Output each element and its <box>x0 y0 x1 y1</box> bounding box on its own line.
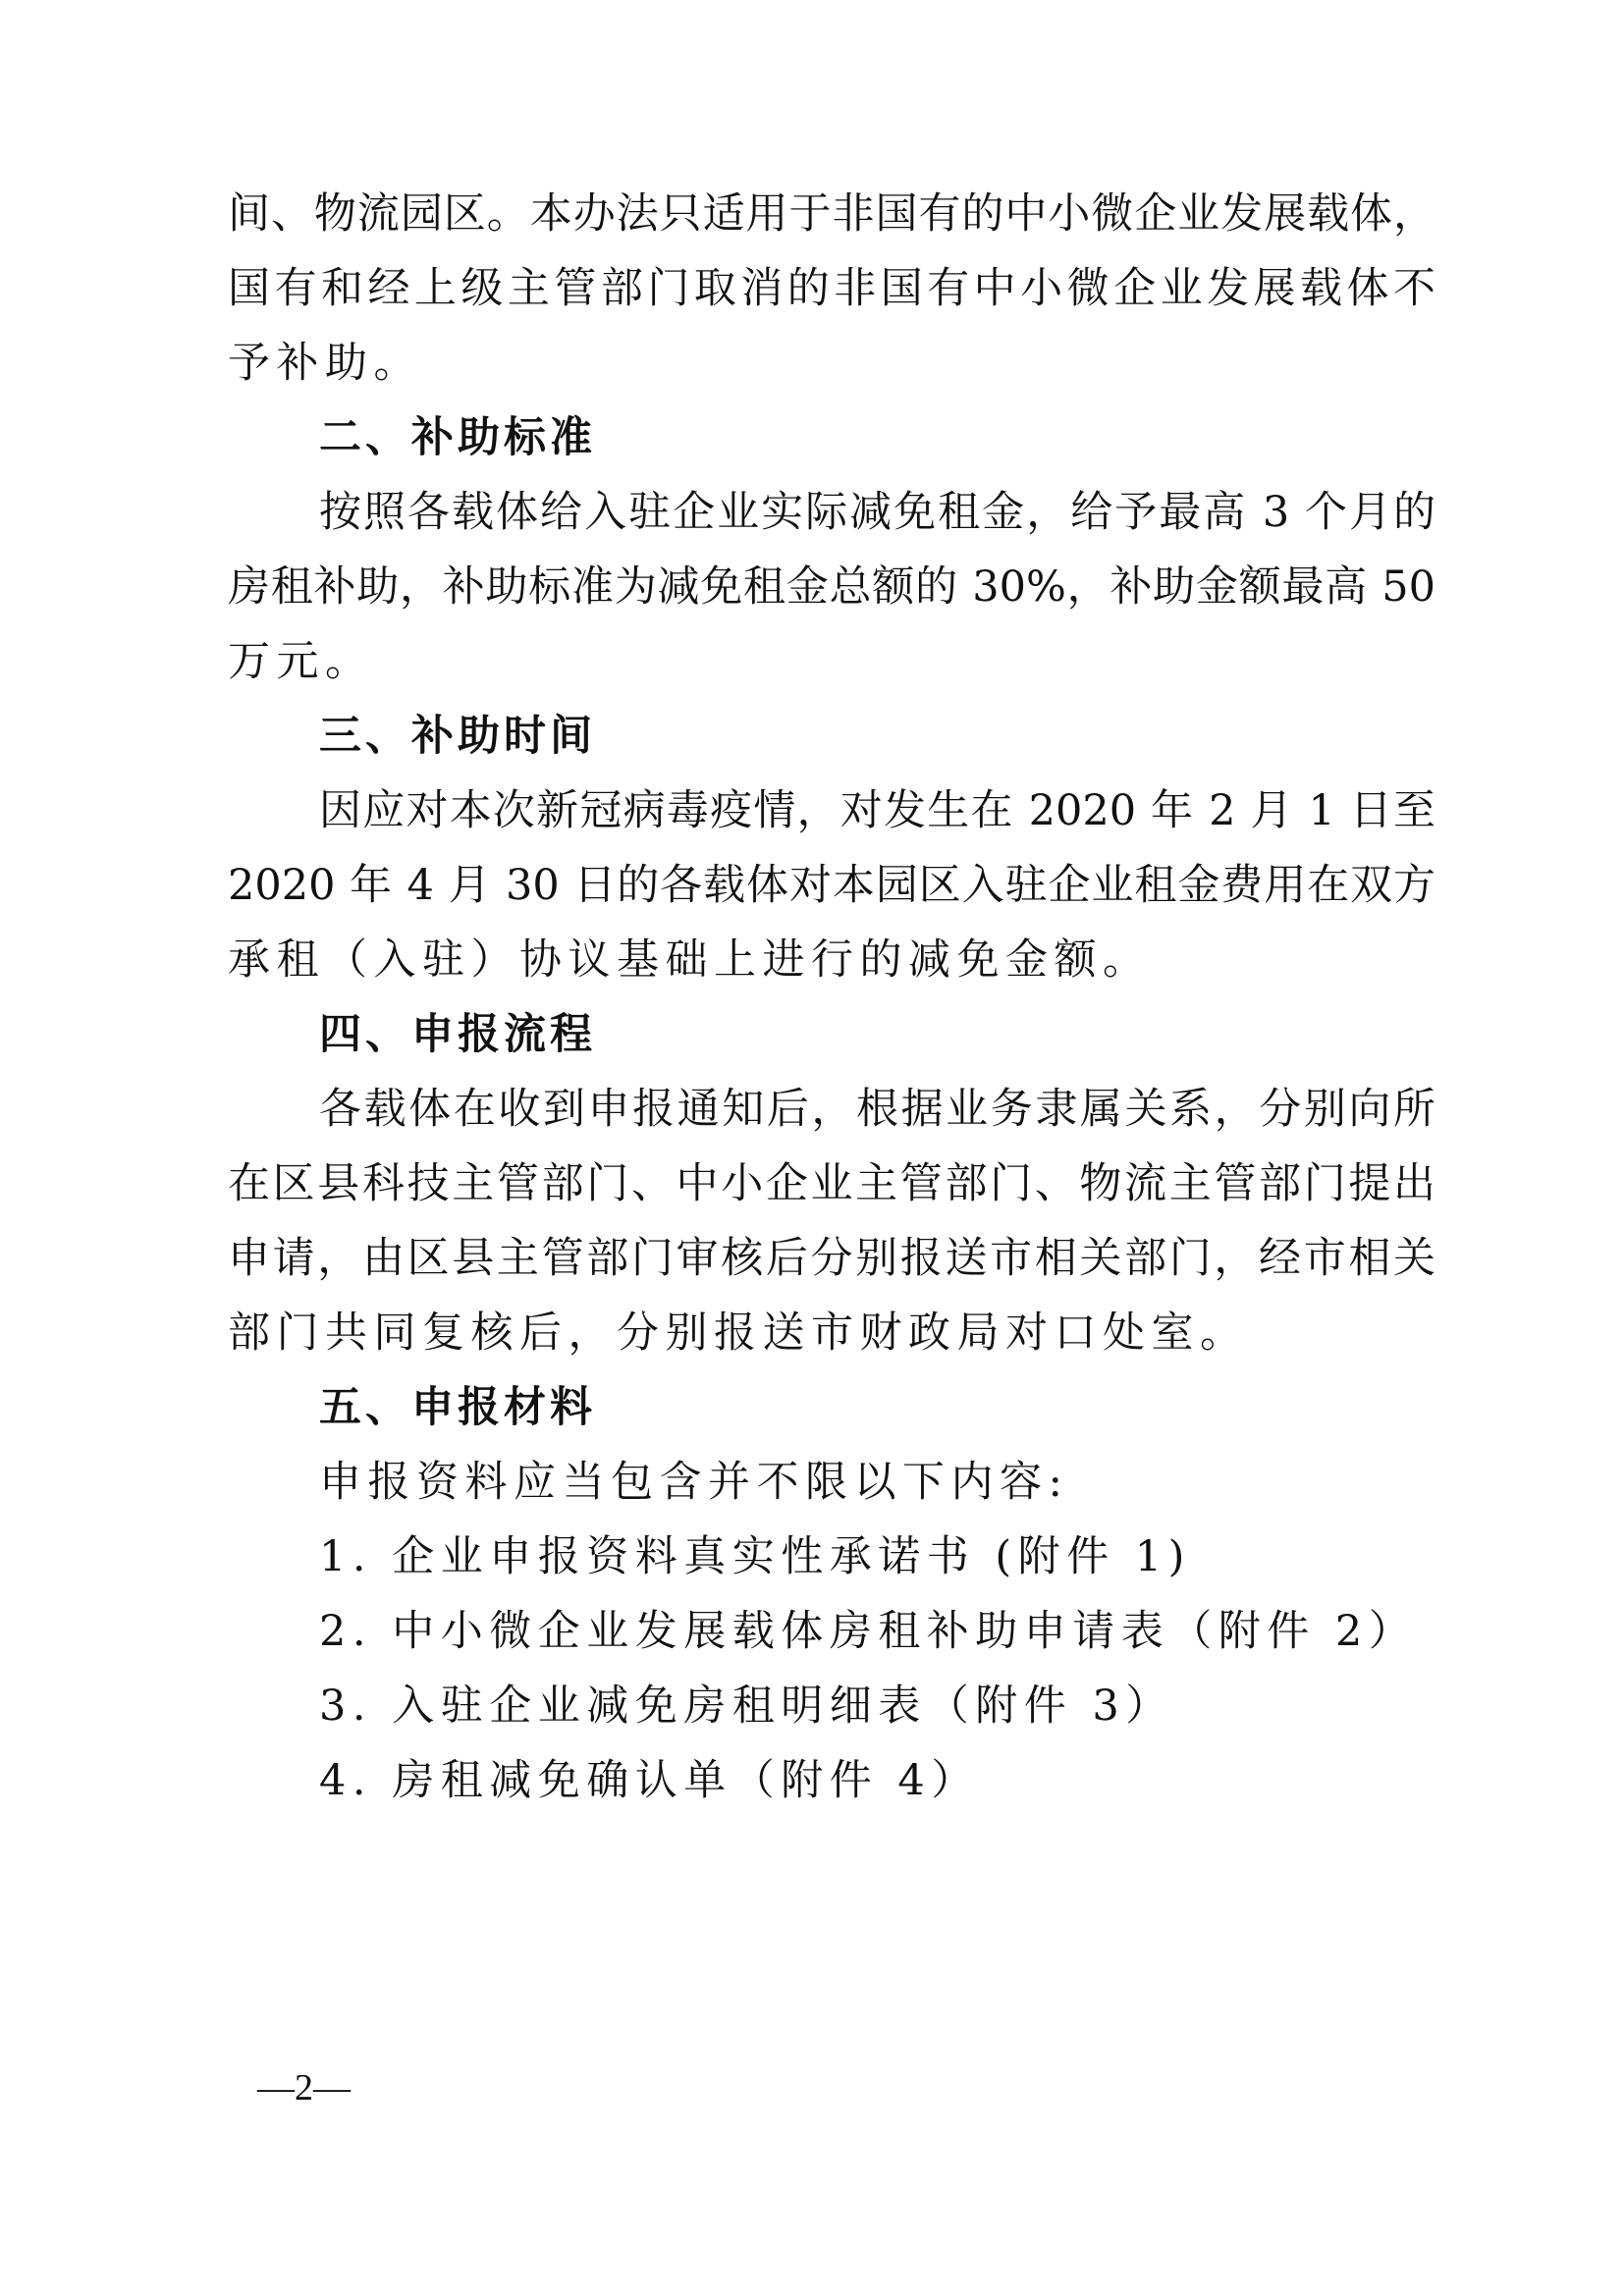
paragraph-line: 因应对本次新冠病毒疫情，对发生在 2020 年 2 月 1 日至 <box>319 783 1435 838</box>
paragraph-line: 按照各载体给入驻企业实际减免租金，给予最高 3 个月的 <box>319 485 1435 540</box>
section-heading: 三、补助时间 <box>319 709 1527 764</box>
paragraph-line: 各载体在收到申报通知后，根据业务隶属关系，分别向所 <box>319 1082 1435 1137</box>
list-item: 3. 入驻企业减免房租明细表（附件 3） <box>319 1679 1527 1734</box>
paragraph-line: 万元。 <box>228 634 1435 689</box>
section-heading: 四、申报流程 <box>319 1007 1527 1062</box>
paragraph-line: 部门共同复核后，分别报送市财政局对口处室。 <box>228 1306 1435 1361</box>
list-item: 4. 房租减免确认单（附件 4） <box>319 1753 1527 1808</box>
paragraph-line: 房租补助，补助标准为减免租金总额的 30%，补助金额最高 50 <box>228 560 1435 614</box>
paragraph-line: 2020 年 4 月 30 日的各载体对本园区入驻企业租金费用在双方 <box>228 858 1435 913</box>
paragraph-line: 间、物流园区。本办法只适用于非国有的中小微企业发展载体， <box>228 187 1435 241</box>
paragraph-line: 在区县科技主管部门、中小企业主管部门、物流主管部门提出 <box>228 1156 1435 1211</box>
list-item: 2. 中小微企业发展载体房租补助申请表（附件 2） <box>319 1604 1527 1659</box>
section-heading: 五、申报材料 <box>319 1380 1527 1435</box>
paragraph-line: 国有和经上级主管部门取消的非国有中小微企业发展载体不 <box>228 261 1435 316</box>
document-page: 间、物流园区。本办法只适用于非国有的中小微企业发展载体， 国有和经上级主管部门取… <box>0 0 1624 2296</box>
page-number: —2— <box>257 2066 351 2109</box>
paragraph-line: 申请，由区县主管部门审核后分别报送市相关部门，经市相关 <box>228 1231 1435 1286</box>
paragraph-line: 承租（入驻）协议基础上进行的减免金额。 <box>228 933 1435 988</box>
list-item: 1. 企业申报资料真实性承诺书 (附件 1) <box>319 1529 1527 1584</box>
paragraph-line: 申报资料应当包含并不限以下内容: <box>319 1455 1527 1510</box>
section-heading: 二、补助标准 <box>319 410 1527 465</box>
paragraph-line: 予补助。 <box>228 336 1435 391</box>
